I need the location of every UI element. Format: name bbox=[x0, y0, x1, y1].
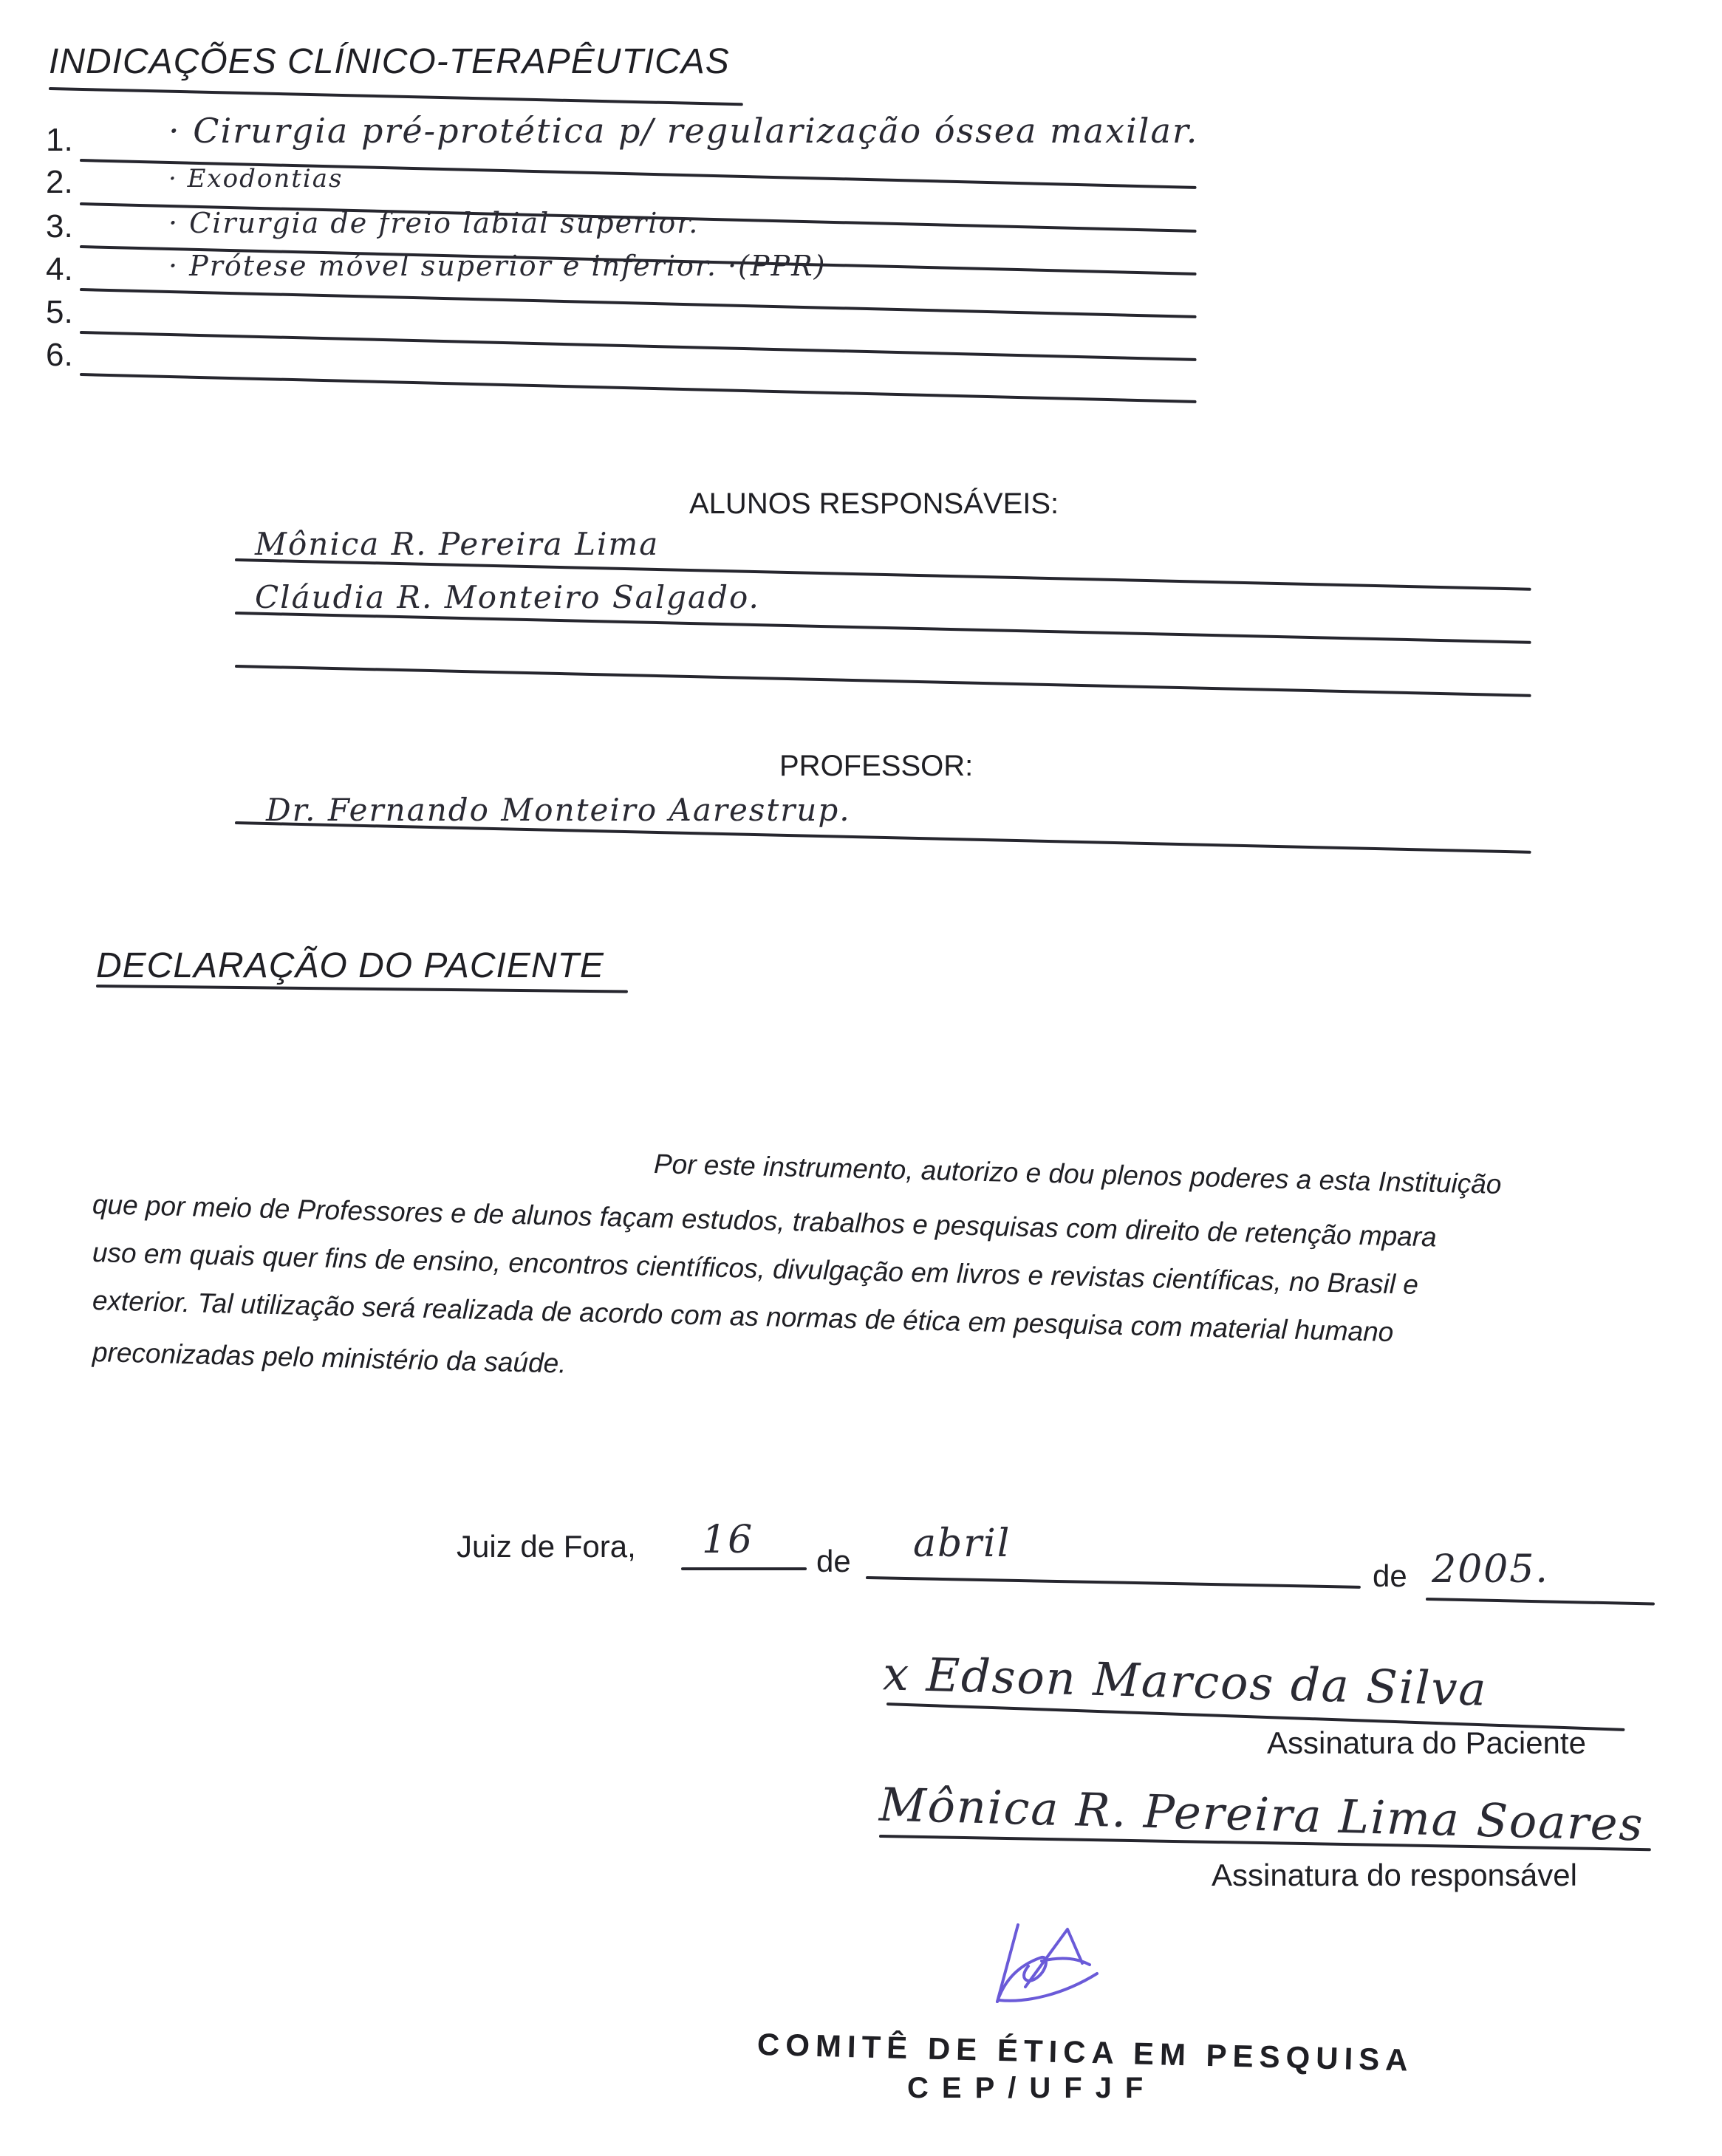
list-item-number: 3. bbox=[46, 208, 73, 245]
list-item-number: 4. bbox=[46, 251, 73, 288]
date-de-1: de bbox=[816, 1544, 851, 1579]
committee-initials-icon bbox=[960, 1920, 1123, 2016]
list-item-text: · Exodontias bbox=[168, 164, 343, 194]
section-title-indicacoes: INDICAÇÕES CLÍNICO-TERAPÊUTICAS bbox=[49, 41, 730, 82]
professor-name: Dr. Fernando Monteiro Aarestrup. bbox=[266, 792, 851, 828]
date-de-2: de bbox=[1373, 1558, 1407, 1594]
professor-label: PROFESSOR: bbox=[779, 750, 973, 783]
list-item-line bbox=[80, 288, 1197, 318]
list-item-number: 2. bbox=[46, 164, 73, 201]
date-day: 16 bbox=[702, 1518, 754, 1562]
list-item-line bbox=[80, 373, 1197, 403]
date-year: 2005. bbox=[1432, 1547, 1549, 1592]
date-month: abril bbox=[913, 1522, 1011, 1566]
year-line bbox=[1426, 1598, 1655, 1605]
paragraph-line: preconizadas pelo ministério da saúde. bbox=[92, 1337, 567, 1380]
section-title-declaracao: DECLARAÇÃO DO PACIENTE bbox=[96, 945, 604, 986]
list-item-number: 5. bbox=[46, 294, 73, 331]
responsible-signature-caption: Assinatura do responsável bbox=[1212, 1858, 1577, 1893]
list-item-number: 1. bbox=[46, 122, 73, 159]
professor-line bbox=[235, 821, 1531, 854]
list-item-text: · Cirurgia pré-protética p/ regularizaçã… bbox=[168, 111, 1198, 151]
aluno-line bbox=[235, 665, 1531, 697]
committee-title: COMITÊ DE ÉTICA EM PESQUISA bbox=[756, 2027, 1414, 2078]
list-item-line bbox=[80, 331, 1197, 361]
list-item-text: · Prótese móvel superior e inferior. ·(P… bbox=[168, 250, 827, 282]
aluno-name: Cláudia R. Monteiro Salgado. bbox=[255, 579, 760, 615]
list-item-text: · Cirurgia de freio labial superior. bbox=[168, 207, 699, 239]
paragraph-line: Por este instrumento, autorizo e dou ple… bbox=[653, 1149, 1501, 1200]
committee-subtitle: CEP/UFJF bbox=[907, 2072, 1156, 2105]
city-label: Juiz de Fora, bbox=[457, 1529, 636, 1564]
list-item-number: 6. bbox=[46, 337, 73, 374]
patient-signature-caption: Assinatura do Paciente bbox=[1267, 1725, 1586, 1761]
responsible-signature: Mônica R. Pereira Lima Soares bbox=[878, 1777, 1644, 1851]
aluno-line bbox=[235, 612, 1531, 644]
title-underline bbox=[49, 87, 743, 106]
day-line bbox=[681, 1567, 807, 1570]
month-line bbox=[866, 1576, 1361, 1589]
alunos-label: ALUNOS RESPONSÁVEIS: bbox=[689, 487, 1059, 521]
aluno-name: Mônica R. Pereira Lima bbox=[255, 526, 659, 562]
